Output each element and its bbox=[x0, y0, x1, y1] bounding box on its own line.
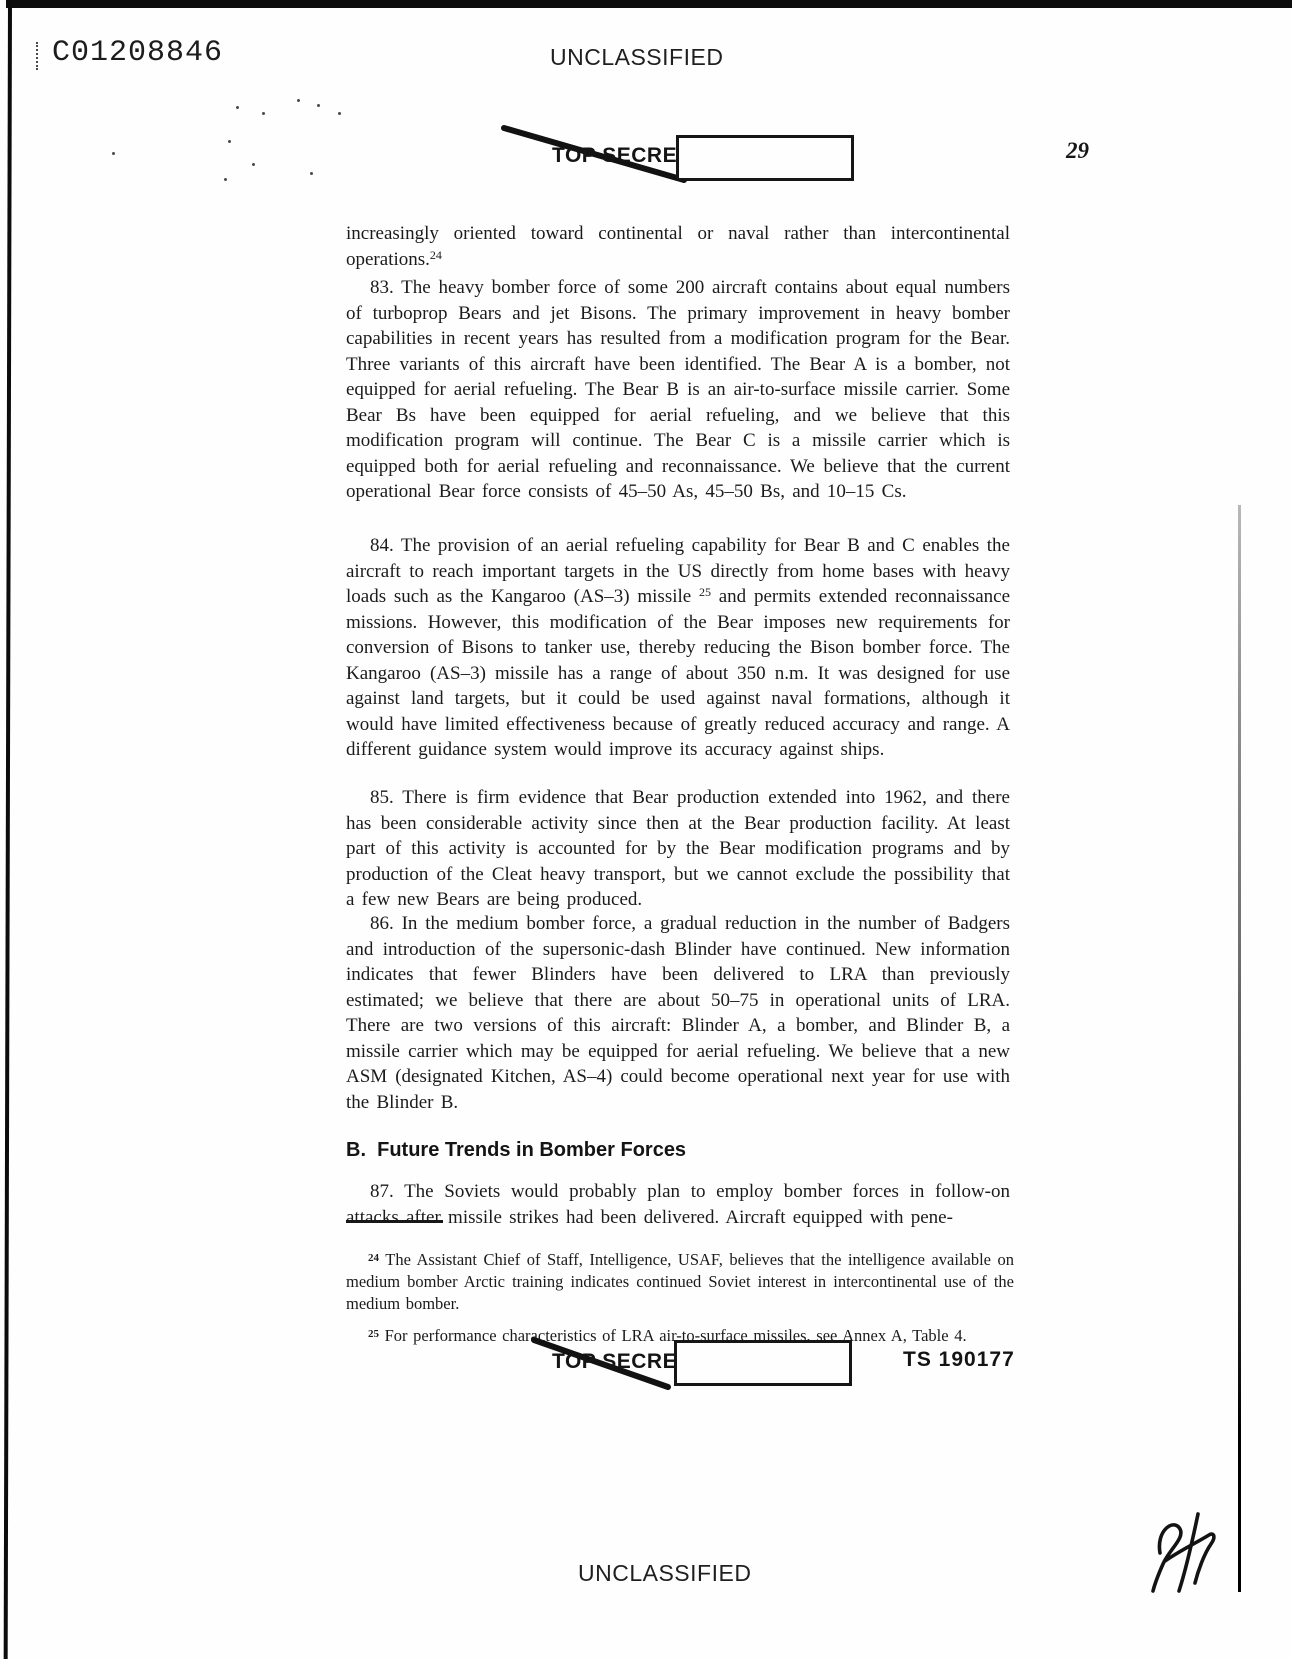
footnote-divider bbox=[346, 1220, 443, 1223]
ts-control-number: TS 190177 bbox=[903, 1348, 1015, 1372]
scan-edge-left-line bbox=[4, 0, 12, 1659]
paragraph-82-continuation: increasingly oriented toward continental… bbox=[346, 221, 1010, 272]
footnote-text: The Assistant Chief of Staff, Intelligen… bbox=[346, 1250, 1014, 1313]
paragraph-text: increasingly oriented toward continental… bbox=[346, 223, 1010, 270]
scan-speckle bbox=[228, 140, 231, 143]
scan-speckle bbox=[112, 152, 115, 155]
paragraph-85: 85. There is firm evidence that Bear pro… bbox=[346, 785, 1010, 913]
scanned-document-page: C01208846 UNCLASSIFIED TOP SECRET/ 29 in… bbox=[0, 0, 1292, 1659]
scan-speckle bbox=[317, 104, 320, 107]
scan-dotted-mark bbox=[36, 42, 38, 70]
paragraph-text: 86. In the medium bomber force, a gradua… bbox=[346, 913, 1010, 1113]
footer-unclassified-label: UNCLASSIFIED bbox=[578, 1560, 751, 1587]
header-unclassified-label: UNCLASSIFIED bbox=[550, 44, 723, 71]
scan-speckle bbox=[338, 112, 341, 115]
scan-edge-right-line bbox=[1238, 505, 1241, 1592]
redaction-box bbox=[676, 135, 854, 181]
handwritten-initials bbox=[1138, 1498, 1233, 1598]
paragraph-text: 83. The heavy bomber force of some 200 a… bbox=[346, 277, 1010, 502]
paragraph-text: 85. There is firm evidence that Bear pro… bbox=[346, 787, 1010, 910]
scan-speckle bbox=[297, 99, 300, 102]
scan-speckle bbox=[224, 178, 227, 181]
scan-speckle bbox=[262, 112, 265, 115]
footnote-24: 24 The Assistant Chief of Staff, Intelli… bbox=[346, 1249, 1014, 1315]
scan-speckle bbox=[236, 106, 239, 109]
scan-speckle bbox=[310, 172, 313, 175]
paragraph-87: 87. The Soviets would probably plan to e… bbox=[346, 1179, 1010, 1230]
scan-speckle bbox=[252, 163, 255, 166]
paragraph-83: 83. The heavy bomber force of some 200 a… bbox=[346, 275, 1010, 505]
footnote-marker: 25 bbox=[368, 1328, 379, 1340]
document-id-stamp: C01208846 bbox=[52, 36, 223, 70]
redaction-box bbox=[674, 1340, 852, 1386]
footnote-reference-25: 25 bbox=[699, 585, 711, 599]
footnote-marker: 24 bbox=[368, 1252, 379, 1264]
section-heading: B. Future Trends in Bomber Forces bbox=[346, 1139, 686, 1162]
page-number: 29 bbox=[1066, 138, 1089, 164]
footnote-reference-24: 24 bbox=[430, 248, 442, 262]
paragraph-84: 84. The provision of an aerial refueling… bbox=[346, 533, 1010, 763]
paragraph-86: 86. In the medium bomber force, a gradua… bbox=[346, 911, 1010, 1115]
paragraph-text: and permits extended reconnaissance miss… bbox=[346, 586, 1010, 760]
scan-edge-top-bar bbox=[6, 0, 1292, 8]
paragraph-text: 87. The Soviets would probably plan to e… bbox=[346, 1181, 1010, 1228]
